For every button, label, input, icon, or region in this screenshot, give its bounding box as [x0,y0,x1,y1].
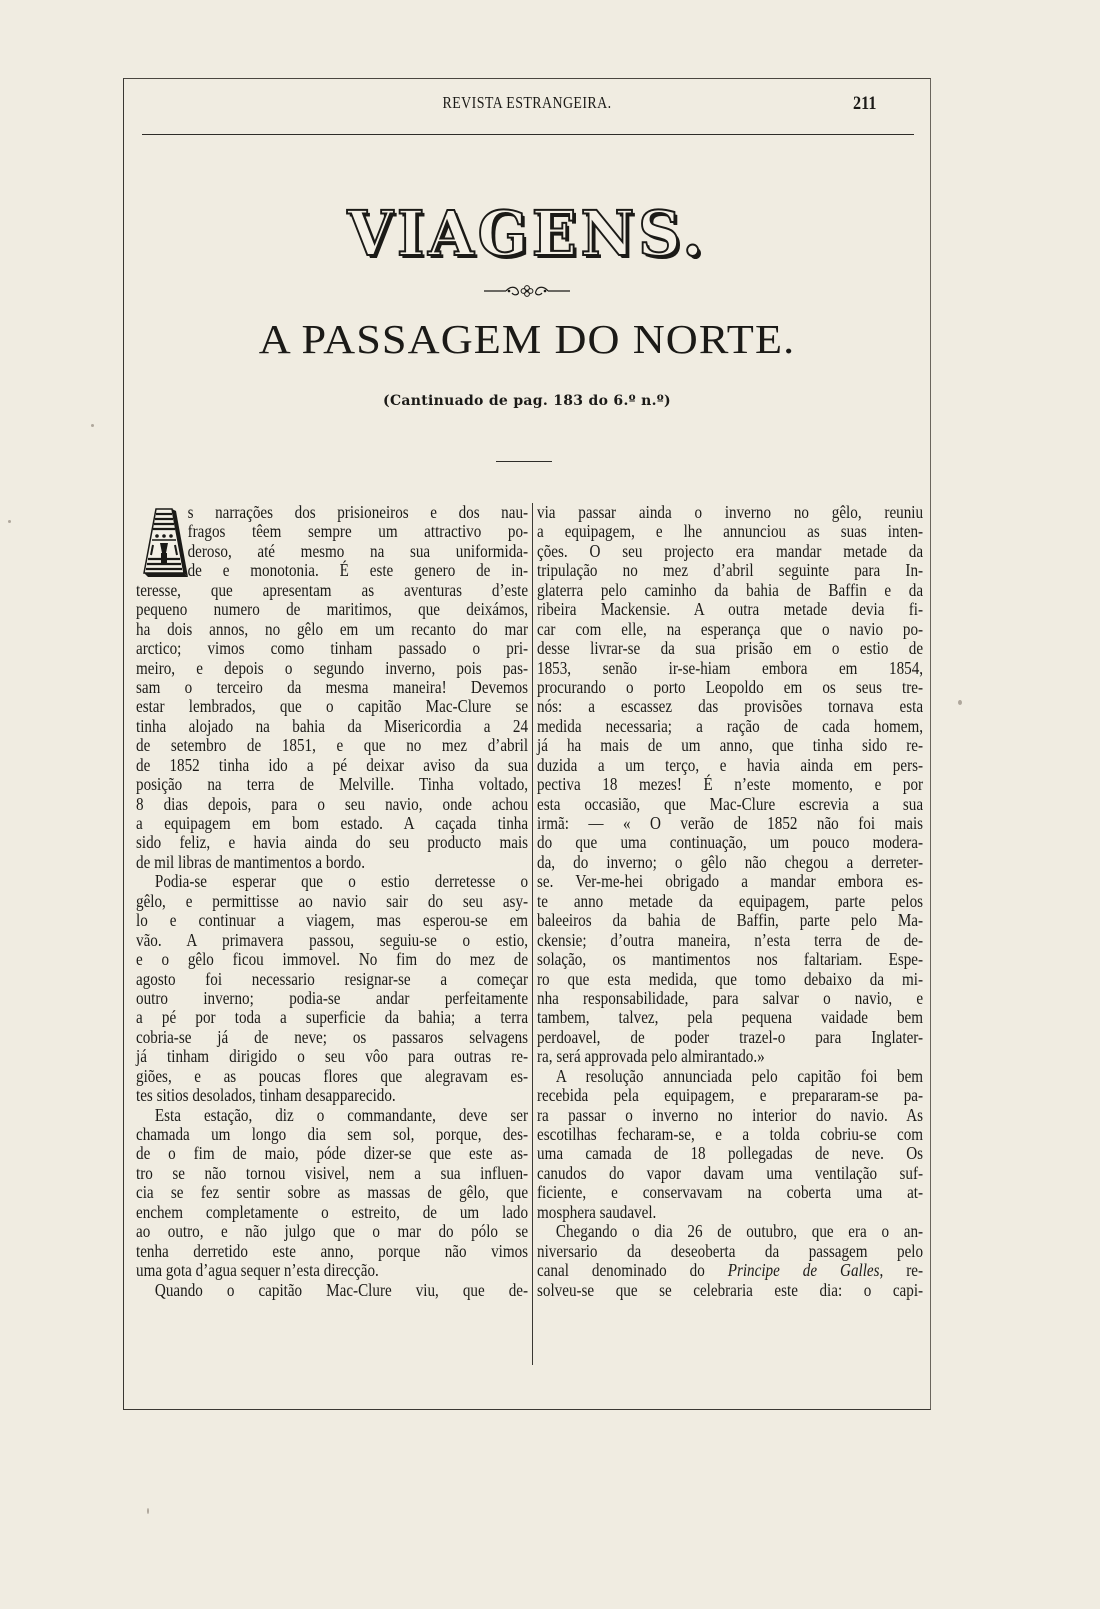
text-line: te anno metade da equipagem, parte pelos [537,892,923,911]
text-line: A resolução annunciada pelo capitão foi … [537,1067,923,1086]
text-line: enchem completamente o estreito, de um l… [136,1203,528,1222]
text-line: meiro, e depois o segundo inverno, pois … [136,659,528,678]
text-fragment: , re- [880,1260,924,1280]
text-line: vão. A primavera passou, seguiu-se o est… [136,931,528,950]
text-line: ficiente, e conservavam na coberta uma a… [537,1183,923,1202]
text-line: pequeno numero de maritimos, que deixámo… [136,600,528,619]
text-line: outro inverno; podia-se andar perfeitame… [136,989,528,1008]
paper-speck [8,520,11,523]
header-rule [142,134,914,135]
text-line: ra passar o inverno no interior do navio… [537,1106,923,1125]
text-line: ções. O seu projecto era mandar metade d… [537,542,923,561]
text-line: irmã: — « O verão de 1852 não foi mais [537,814,923,833]
text-line: fragos têem sempre um attractivo po- [136,522,528,541]
page-frame: REVISTA ESTRANGEIRA. 211 VIAGENS. A PASS… [123,78,931,1410]
text-line: solação, os mantimentos nos faltariam. E… [537,950,923,969]
right-column: via passar ainda o inverno no gêlo, reun… [537,503,923,1300]
italic-place-name: Principe de Galles [728,1260,880,1280]
text-line: gêlo, e permittisse ao navio sair do seu… [136,892,528,911]
text-line: ro que esta medida, que tomo debaixo da … [537,970,923,989]
text-line: ra, será approvada pelo almirantado.» [537,1047,923,1066]
text-line: glaterra pelo caminho da bahia de Baffin… [537,581,923,600]
text-line: chamada um longo dia sem sol, porque, de… [136,1125,528,1144]
text-line: tes sitios desolados, tinham desappareci… [136,1086,528,1105]
article-title: A PASSAGEM DO NORTE. [92,315,962,363]
text-line: nós: a escassez das provisões tornava es… [537,697,923,716]
paper-speck [91,424,94,427]
text-line: uma gota d’agua sequer n’esta direcção. [136,1261,528,1280]
text-line: arctico; vimos como tinham passado o pri… [136,639,528,658]
text-line: lo e continuar a viagem, mas esperou-se … [136,911,528,930]
left-column: s narrações dos prisioneiros e dos nau- … [136,503,528,1300]
text-line: a equipagem, e lhe annunciou as suas int… [537,522,923,541]
text-line: perdoavel, de poder trazel-o para Inglat… [537,1028,923,1047]
text-line: de setembro de 1851, e que no mez d’abri… [136,736,528,755]
text-line: da, do inverno; o gêlo não chegou a derr… [537,853,923,872]
text-line: de 1852 tinha ido a pé deixar aviso da s… [136,756,528,775]
text-line: e o gêlo ficou immovel. No fim do mez de [136,950,528,969]
ornament-divider-icon [124,281,930,301]
text-line: giões, e as poucas flores que alegravam … [136,1067,528,1086]
text-line: estar lembrados, que o capitão Mac-Clure… [136,697,528,716]
paper-speck [147,1508,149,1514]
text-line: 1853, senão ir-se-hiam embora em 1854, [537,659,923,678]
text-line: de e monotonia. É este genero de in- [136,561,528,580]
text-line: s narrações dos prisioneiros e dos nau- [136,503,528,522]
text-line: ckensie; d’outra maneira, n’esta terra d… [537,931,923,950]
text-line: cobria-se já de neve; os passaros selvag… [136,1028,528,1047]
text-line: baleeiros da bahia de Baffin, parte pelo… [537,911,923,930]
text-line: se. Ver-me-hei obrigado a mandar embora … [537,872,923,891]
text-line: desse livrar-se da sua prisão em o estio… [537,639,923,658]
text-line: tripulação no mez d’abril seguinte para … [537,561,923,580]
text-line: já tinham dirigido o seu vôo para outras… [136,1047,528,1066]
text-line: Chegando o dia 26 de outubro, que era o … [537,1222,923,1241]
text-line: medida necessaria; a ração de cada homem… [537,717,923,736]
text-line: uma camada de 18 pollegadas de neve. Os [537,1144,923,1163]
text-line: do que uma continuação, um pouco modera- [537,833,923,852]
text-line: Esta estação, diz o commandante, deve se… [136,1106,528,1125]
continued-note: (Cantinuado de pag. 183 do 6.º n.º) [124,393,930,409]
text-line: mosphera saudavel. [537,1203,923,1222]
text-line: nha responsabilidade, para salvar o navi… [537,989,923,1008]
column-divider [532,503,533,1365]
text-line: esta occasião, que Mac-Clure escrevia a … [537,795,923,814]
text-line: procurando o porto Leopoldo em os seus t… [537,678,923,697]
running-head: REVISTA ESTRANGEIRA. 211 [124,93,930,115]
text-line: tro se não tornou visivel, nem a sua inf… [136,1164,528,1183]
text-line: a pé por toda a superficie da bahia; a t… [136,1008,528,1027]
text-line: 8 dias depois, para o seu navio, onde ac… [136,795,528,814]
text-line: recebida pela equipagem, e prepararam-se… [537,1086,923,1105]
text-line: solveu-se que se celebraria este dia: o … [537,1281,923,1300]
text-line: Quando o capitão Mac-Clure viu, que de- [136,1281,528,1300]
title-rule [496,461,552,462]
text-line: via passar ainda o inverno no gêlo, reun… [537,503,923,522]
text-line: duzida a um terço, e havia ainda em pers… [537,756,923,775]
text-line: car com elle, na esperança que o navio p… [537,620,923,639]
text-line: Podia-se esperar que o estio derretesse … [136,872,528,891]
text-line: de mil libras de mantimentos a bordo. [136,853,528,872]
paper-speck [958,700,962,705]
text-line: ao outro, e não julgo que o mar do pólo … [136,1222,528,1241]
page-number: 211 [853,93,876,115]
text-line: cia se fez sentir sobre as massas de gêl… [136,1183,528,1202]
text-line: já ha mais de um anno, que tinha sido re… [537,736,923,755]
text-line: ribeira Mackensie. A outra metade devia … [537,600,923,619]
text-line: deroso, até mesmo na sua uniformida- [136,542,528,561]
journal-title: REVISTA ESTRANGEIRA. [197,93,858,113]
text-line: canal denominado do Principe de Galles, … [537,1261,923,1280]
text-line: tambem, talvez, pela pequena vaidade bem [537,1008,923,1027]
text-line: tinha alojado na bahia da Misericordia a… [136,717,528,736]
text-line: tenha derretido este anno, porque não vi… [136,1242,528,1261]
section-title: VIAGENS. [144,197,910,270]
text-line: agosto foi necessario resignar-se a come… [136,970,528,989]
text-line: escotilhas fecharam-se, e a tolda cobriu… [537,1125,923,1144]
text-line: sido feliz, e havia ainda do seu product… [136,833,528,852]
text-line: posição na terra de Melville. Tinha volt… [136,775,528,794]
text-line: pectiva 18 mezes! É n’este momento, e po… [537,775,923,794]
text-fragment: canal denominado do [537,1260,728,1280]
text-line: teresse, que apresentam as aventuras d’e… [136,581,528,600]
text-line: a equipagem em bom estado. A caçada tinh… [136,814,528,833]
text-line: canudos do vapor davam uma ventilação su… [537,1164,923,1183]
text-line: niversario da deseoberta da passagem pel… [537,1242,923,1261]
text-line: de o fim de maio, póde dizer-se que este… [136,1144,528,1163]
text-line: sam o terceiro da mesma maneira! Devemos [136,678,528,697]
text-line: ha dois annos, no gêlo em um recanto do … [136,620,528,639]
